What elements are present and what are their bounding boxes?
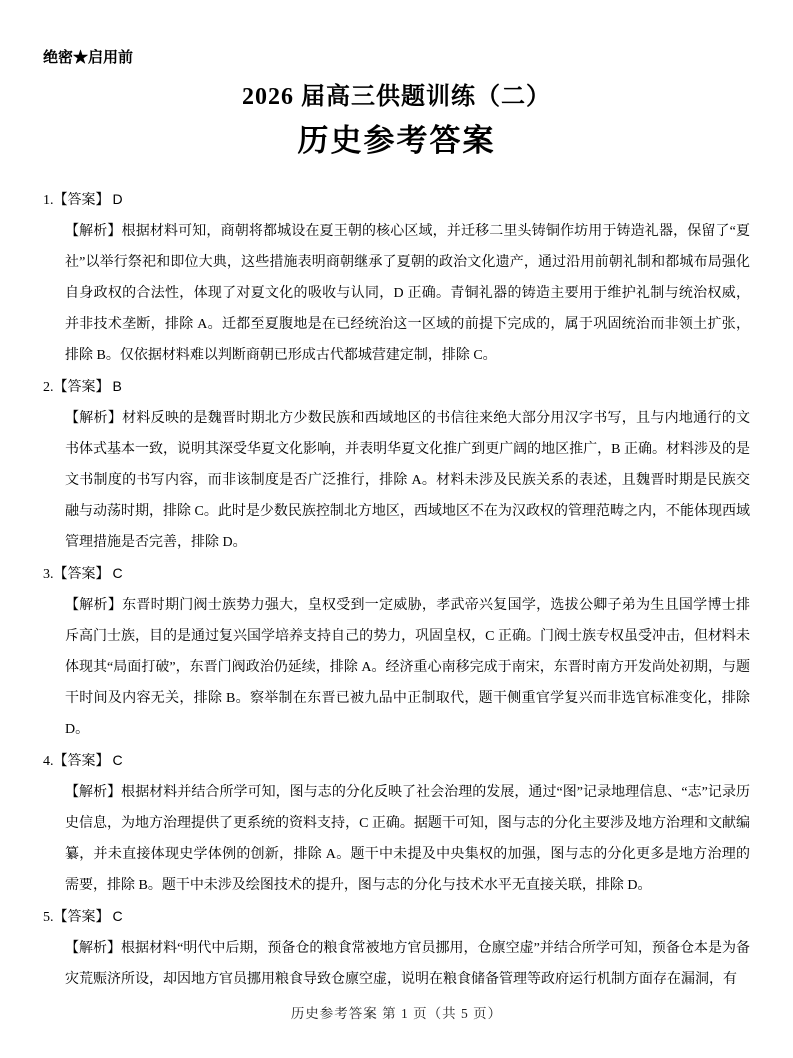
answer-value: C	[113, 908, 123, 924]
subject-title: 历史参考答案	[0, 122, 793, 160]
analysis-paragraph: 【解析】根据材料可知，商朝将都城设在夏王朝的核心区域，并迁移二里头铸铜作坊用于铸…	[65, 216, 750, 371]
answer-line: 5.【答案】C	[43, 901, 750, 933]
analysis-paragraph: 【解析】根据材料并结合所学可知，图与志的分化反映了社会治理的发展，通过“图”记录…	[65, 777, 750, 901]
answer-line: 4.【答案】C	[43, 745, 750, 777]
question-block: 2.【答案】B 【解析】材料反映的是魏晋时期北方少数民族和西域地区的书信往来绝大…	[43, 371, 750, 558]
answer-value: C	[113, 565, 123, 581]
analysis-paragraph: 【解析】东晋时期门阀士族势力强大，皇权受到一定威胁，孝武帝兴复国学，选拔公卿子弟…	[65, 590, 750, 745]
answer-line: 3.【答案】C	[43, 558, 750, 590]
answer-line: 1.【答案】D	[43, 184, 750, 216]
analysis-text: 根据材料可知，商朝将都城设在夏王朝的核心区域，并迁移二里头铸铜作坊用于铸造礼器，…	[65, 224, 750, 363]
analysis-label: 【解析】	[65, 941, 121, 956]
answer-line: 2.【答案】B	[43, 371, 750, 403]
answers-list: 1.【答案】D 【解析】根据材料可知，商朝将都城设在夏王朝的核心区域，并迁移二里…	[43, 184, 750, 995]
answer-label: 【答案】	[54, 567, 110, 582]
answer-value: B	[113, 378, 122, 394]
question-number: 3.	[43, 567, 54, 582]
analysis-label: 【解析】	[65, 785, 121, 800]
analysis-text: 根据材料“明代中后期，预备仓的粮食常被地方官员挪用，仓廪空虚”并结合所学可知，预…	[65, 941, 750, 987]
analysis-text: 材料反映的是魏晋时期北方少数民族和西域地区的书信往来绝大部分用汉字书写，且与内地…	[65, 411, 750, 550]
document-page: 绝密★启用前 2026 届高三供题训练（二） 历史参考答案 1.【答案】D 【解…	[0, 0, 793, 1058]
page-footer: 历史参考答案 第 1 页（共 5 页）	[0, 1004, 793, 1024]
analysis-label: 【解析】	[65, 411, 122, 426]
answer-label: 【答案】	[54, 380, 110, 395]
analysis-label: 【解析】	[65, 224, 122, 239]
question-block: 5.【答案】C 【解析】根据材料“明代中后期，预备仓的粮食常被地方官员挪用，仓廪…	[43, 901, 750, 995]
analysis-text: 根据材料并结合所学可知，图与志的分化反映了社会治理的发展，通过“图”记录地理信息…	[65, 785, 750, 893]
analysis-paragraph: 【解析】根据材料“明代中后期，预备仓的粮食常被地方官员挪用，仓廪空虚”并结合所学…	[65, 933, 750, 995]
question-number: 4.	[43, 754, 54, 769]
question-block: 1.【答案】D 【解析】根据材料可知，商朝将都城设在夏王朝的核心区域，并迁移二里…	[43, 184, 750, 371]
question-block: 3.【答案】C 【解析】东晋时期门阀士族势力强大，皇权受到一定威胁，孝武帝兴复国…	[43, 558, 750, 745]
question-number: 1.	[43, 193, 54, 208]
analysis-paragraph: 【解析】材料反映的是魏晋时期北方少数民族和西域地区的书信往来绝大部分用汉字书写，…	[65, 403, 750, 558]
answer-value: C	[113, 752, 123, 768]
answer-value: D	[113, 191, 123, 207]
answer-label: 【答案】	[54, 910, 110, 925]
answer-label: 【答案】	[54, 754, 110, 769]
question-block: 4.【答案】C 【解析】根据材料并结合所学可知，图与志的分化反映了社会治理的发展…	[43, 745, 750, 901]
question-number: 2.	[43, 380, 54, 395]
classification-label: 绝密★启用前	[43, 48, 793, 68]
analysis-text: 东晋时期门阀士族势力强大，皇权受到一定威胁，孝武帝兴复国学，选拔公卿子弟为生且国…	[65, 598, 750, 737]
analysis-label: 【解析】	[65, 598, 122, 613]
question-number: 5.	[43, 910, 54, 925]
exam-title: 2026 届高三供题训练（二）	[0, 82, 793, 112]
answer-label: 【答案】	[54, 193, 110, 208]
